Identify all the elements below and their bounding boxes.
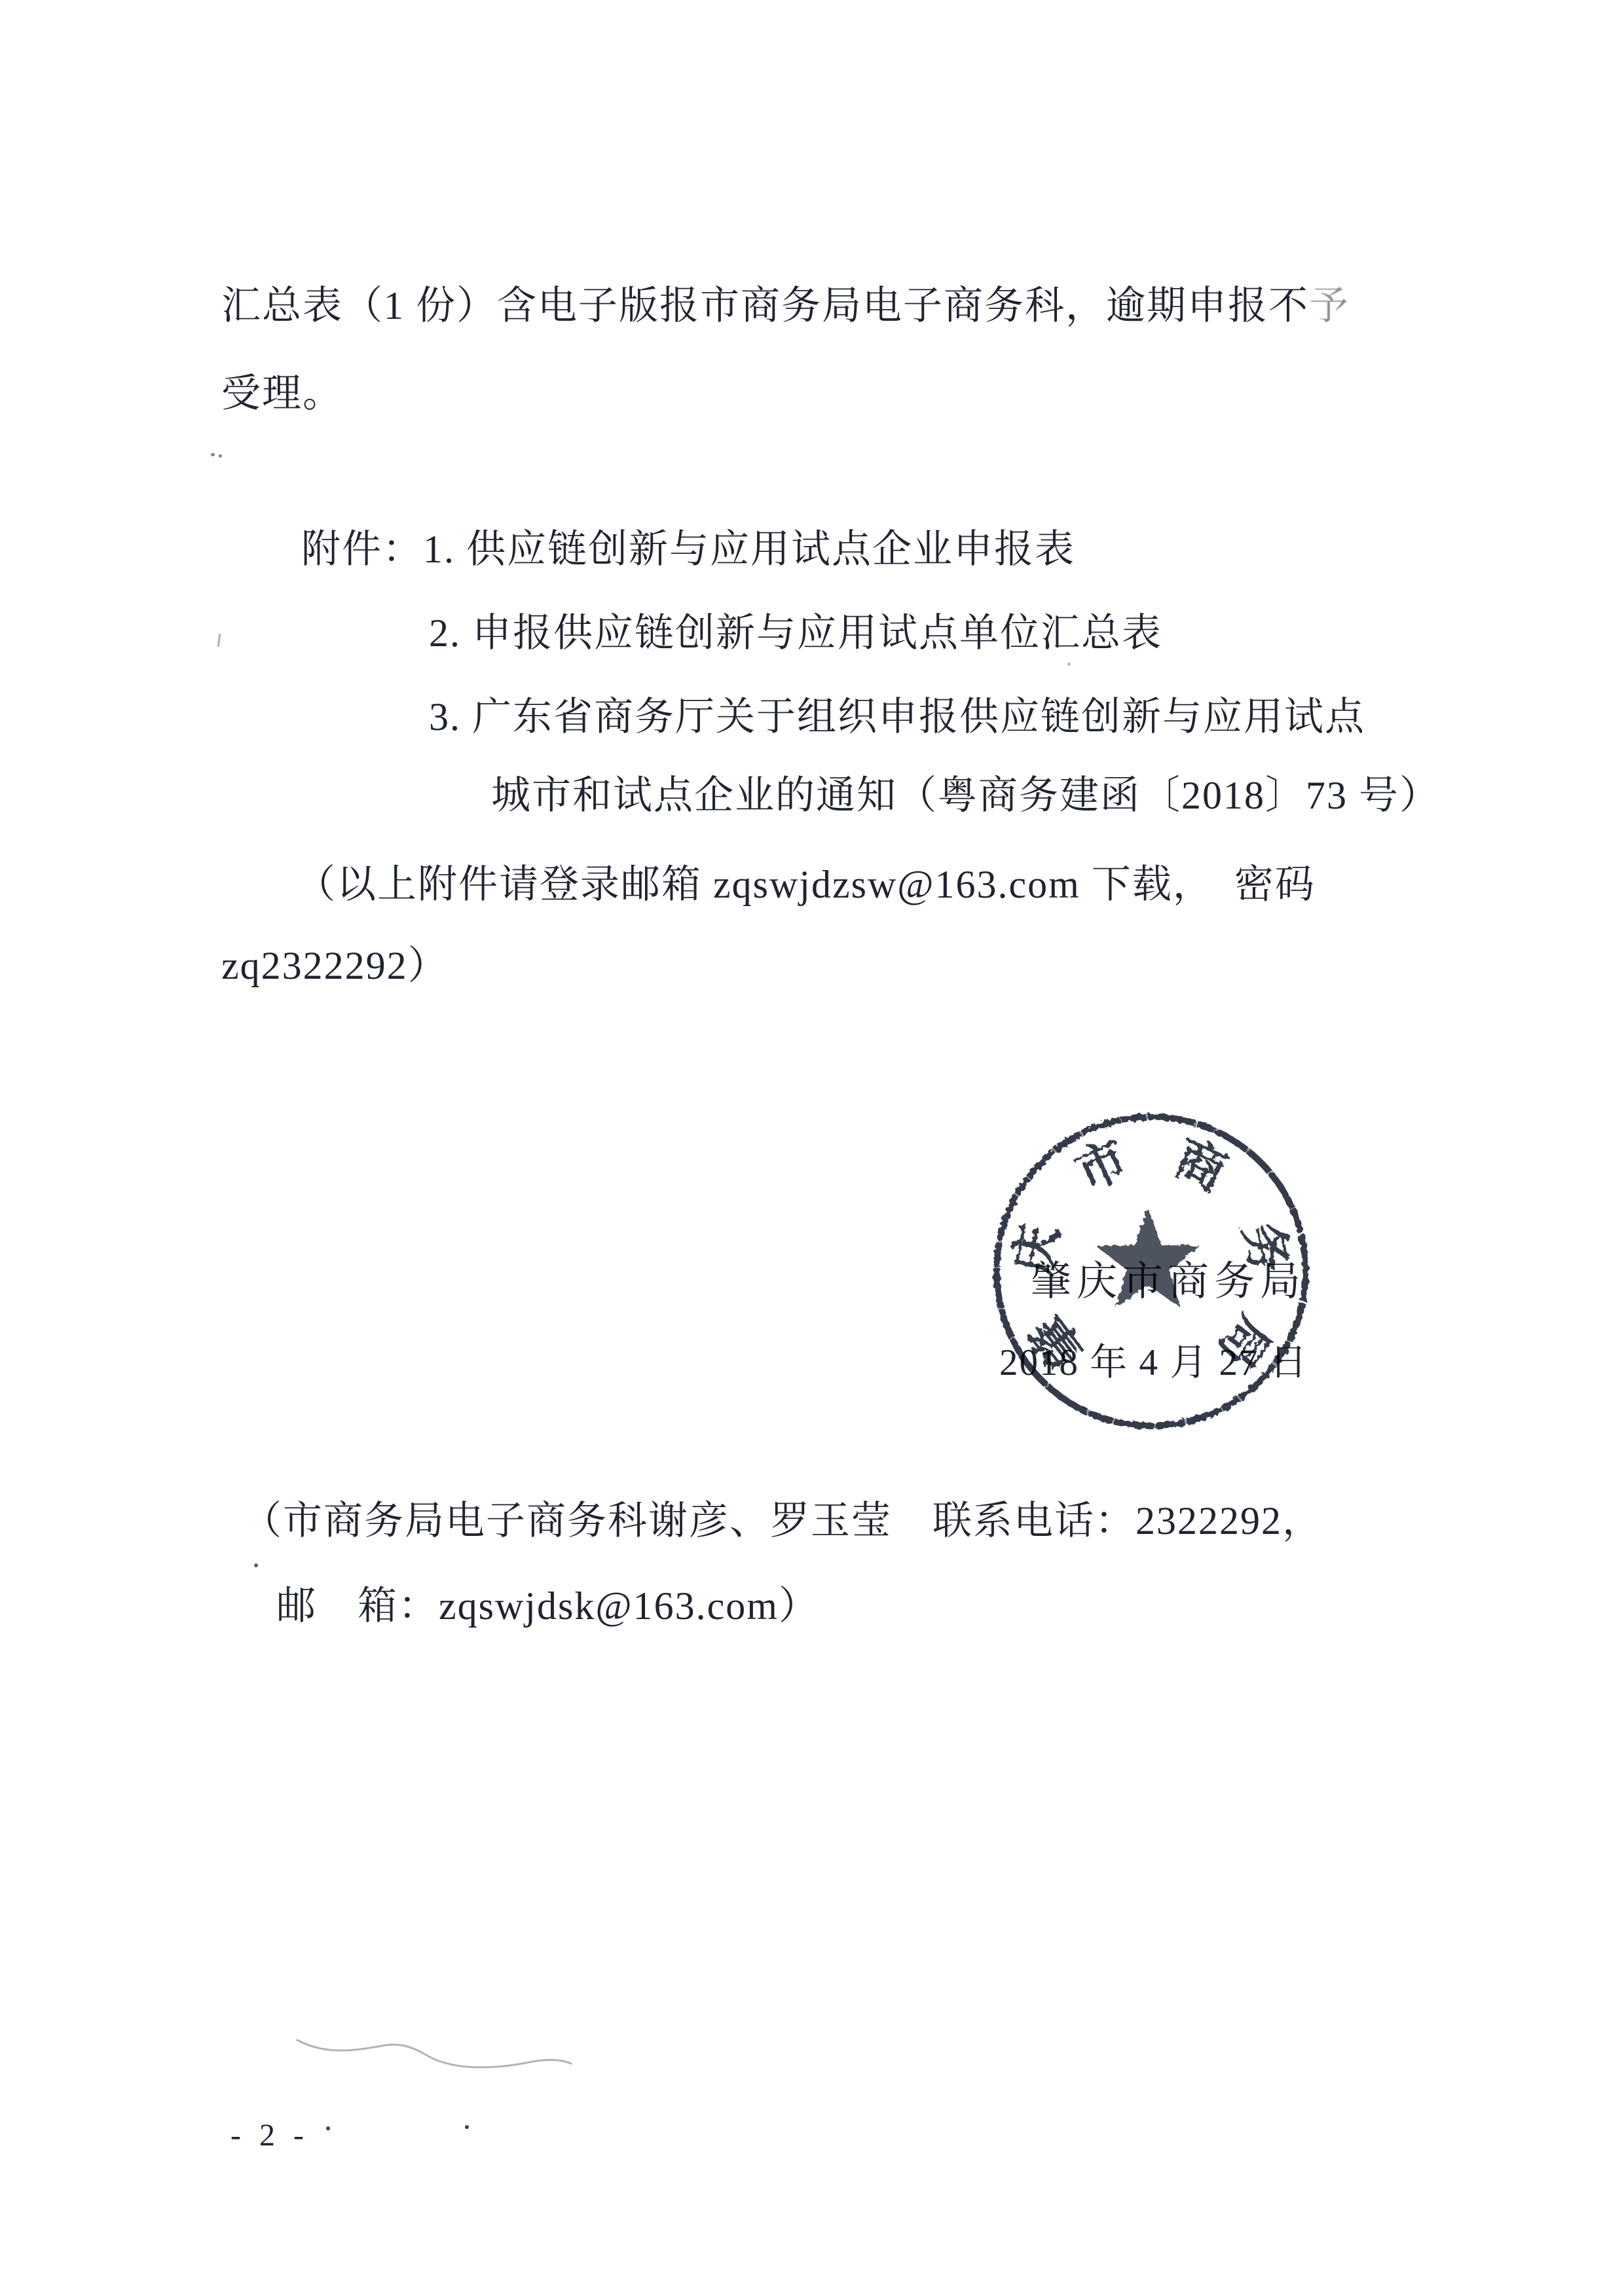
attachment-item-3-line-2: 城市和试点企业的通知（粤商务建函〔2018〕73 号） (491, 773, 1440, 819)
scan-tick-mark (217, 634, 221, 647)
paragraph-line-1-text: 汇总表（1 份）含电子版报市商务局电子商务科，逾期申报不 (221, 284, 1309, 327)
scan-speck (219, 454, 222, 458)
attachment-item-2: 2. 申报供应链创新与应用试点单位汇总表 (429, 610, 1162, 657)
seal-arc-char-wu: 务 (1232, 1218, 1297, 1278)
paragraph-line-2: 受理。 (221, 371, 343, 417)
attachment-item-1: 附件：1. 供应链创新与应用试点企业申报表 (301, 526, 1075, 573)
scan-speck (211, 453, 215, 456)
official-seal-stamp: 肇 庆 市 商 务 局 (987, 1108, 1315, 1435)
contact-line-2: 邮 箱：zqswjdsk@163.com） (276, 1583, 819, 1630)
download-note-line-1: （以上附件请登录邮箱 zqswjdzsw@163.com 下载， 密码 (296, 862, 1316, 908)
seal-arc-char-shi: 市 (1068, 1131, 1136, 1201)
contact-line-1: （市商务局电子商务科谢彦、罗玉莹 联系电话：2322292， (242, 1498, 1323, 1544)
star-icon (1096, 1208, 1200, 1307)
seal-arc-char-qing: 庆 (1005, 1220, 1069, 1279)
page-number: - 2 - (231, 2117, 309, 2155)
scan-speck (254, 1563, 258, 1567)
attachment-item-3-line-1: 3. 广东省商务厅关于组织申报供应链创新与应用试点 (429, 694, 1365, 740)
scan-speck (326, 2126, 330, 2130)
scan-speck (465, 2125, 469, 2129)
seal-arc-char-shang: 商 (1166, 1131, 1234, 1201)
download-note-line-2: zq2322292） (221, 943, 449, 989)
document-page: 汇总表（1 份）含电子版报市商务局电子商务科，逾期申报不予 受理。 附件：1. … (0, 0, 1624, 2296)
paragraph-line-1: 汇总表（1 份）含电子版报市商务局电子商务科，逾期申报不予 (221, 283, 1350, 329)
scan-speck (1067, 663, 1071, 666)
paragraph-line-1-faded-char: 予 (1309, 284, 1350, 327)
scan-squiggle-line (293, 2028, 575, 2081)
